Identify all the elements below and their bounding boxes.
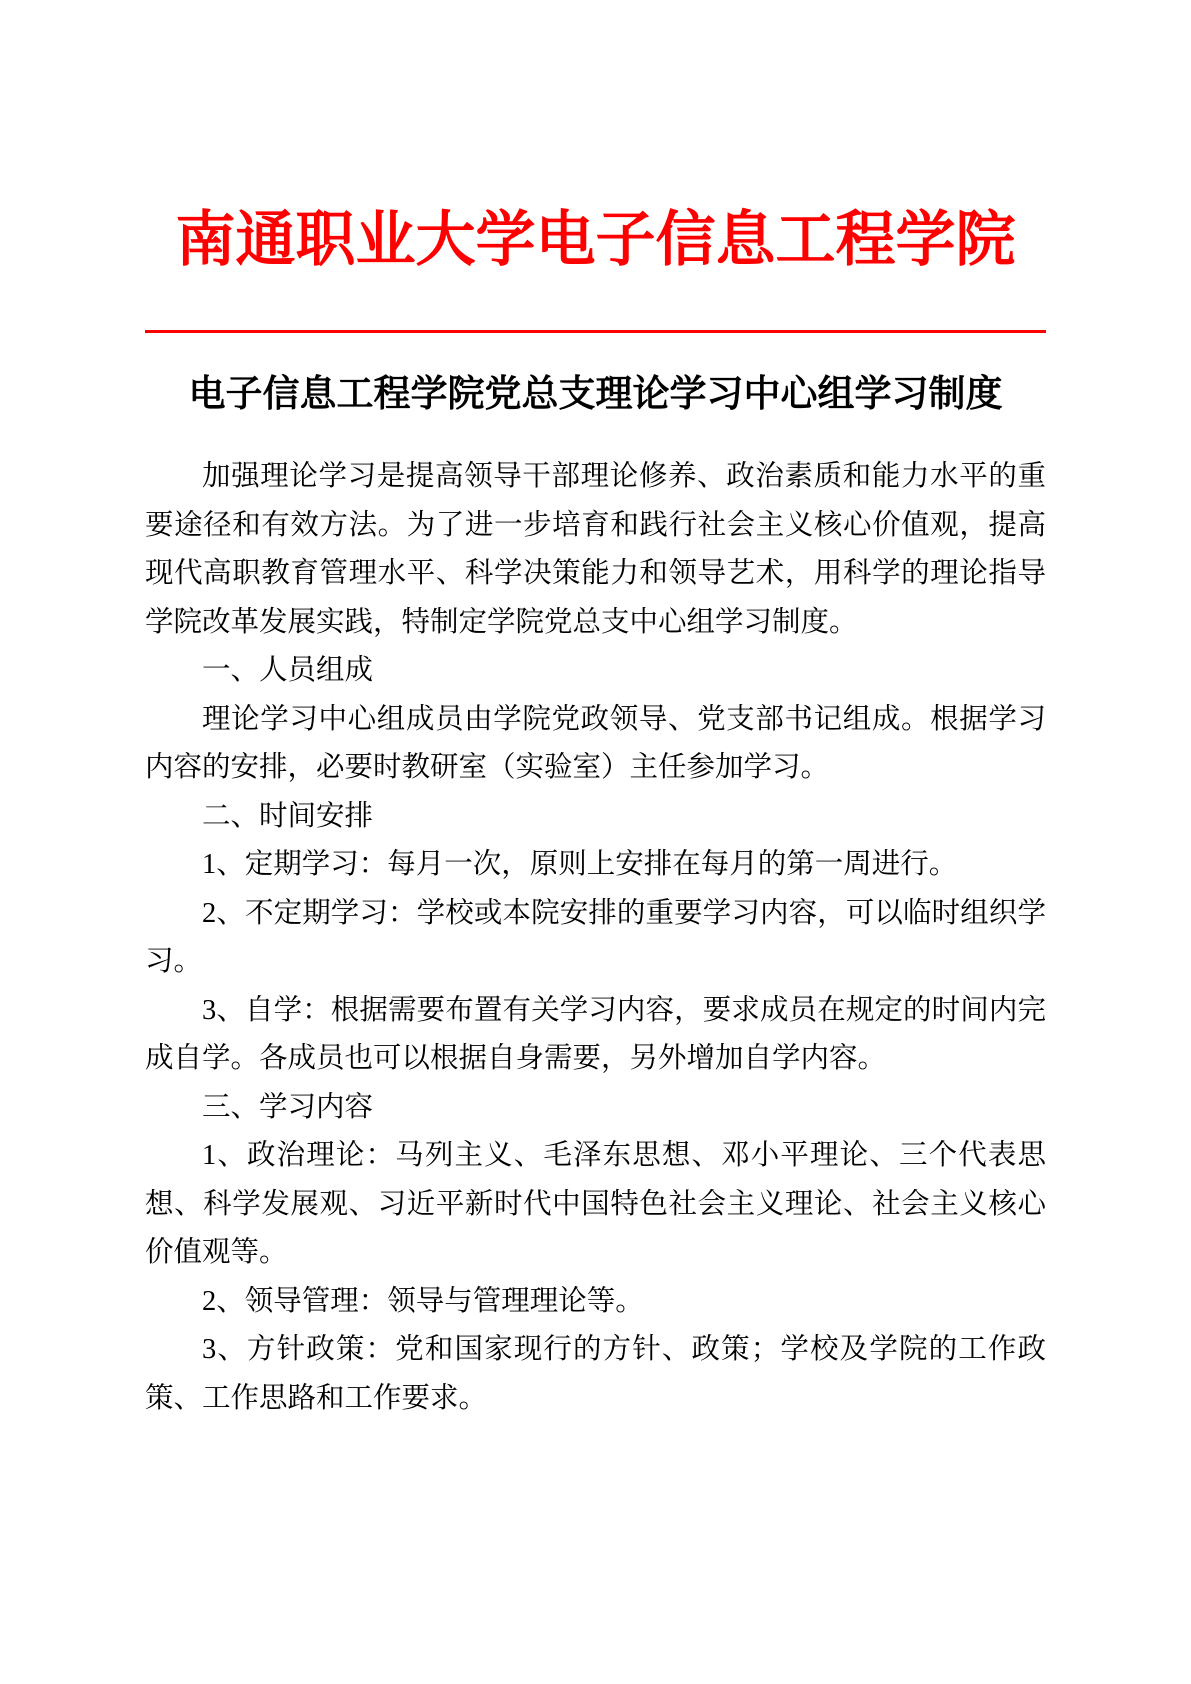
document-page: 南通职业大学电子信息工程学院 电子信息工程学院党总支理论学习中心组学习制度 加强… — [0, 0, 1191, 1684]
paragraph: 2、不定期学习：学校或本院安排的重要学习内容，可以临时组织学习。 — [145, 890, 1046, 987]
paragraph: 1、政治理论：马列主义、毛泽东思想、邓小平理论、三个代表思想、科学发展观、习近平… — [145, 1132, 1046, 1278]
paragraph: 1、定期学习：每月一次，原则上安排在每月的第一周进行。 — [145, 841, 1046, 890]
paragraph: 理论学习中心组成员由学院党政领导、党支部书记组成。根据学习内容的安排，必要时教研… — [145, 696, 1046, 793]
paragraph: 一、人员组成 — [145, 647, 1046, 696]
paragraph: 二、时间安排 — [145, 793, 1046, 842]
paragraph: 3、自学：根据需要布置有关学习内容，要求成员在规定的时间内完成自学。各成员也可以… — [145, 987, 1046, 1084]
paragraph: 加强理论学习是提高领导干部理论修养、政治素质和能力水平的重要途径和有效方法。为了… — [145, 453, 1046, 647]
paragraph: 3、方针政策：党和国家现行的方针、政策；学校及学院的工作政策、工作思路和工作要求… — [145, 1326, 1046, 1423]
paragraph: 2、领导管理：领导与管理理论等。 — [145, 1278, 1046, 1327]
document-heading: 电子信息工程学院党总支理论学习中心组学习制度 — [0, 333, 1191, 417]
letterhead-title: 南通职业大学电子信息工程学院 — [0, 0, 1191, 273]
paragraph: 三、学习内容 — [145, 1084, 1046, 1133]
document-body: 加强理论学习是提高领导干部理论修养、政治素质和能力水平的重要途径和有效方法。为了… — [0, 417, 1191, 1423]
